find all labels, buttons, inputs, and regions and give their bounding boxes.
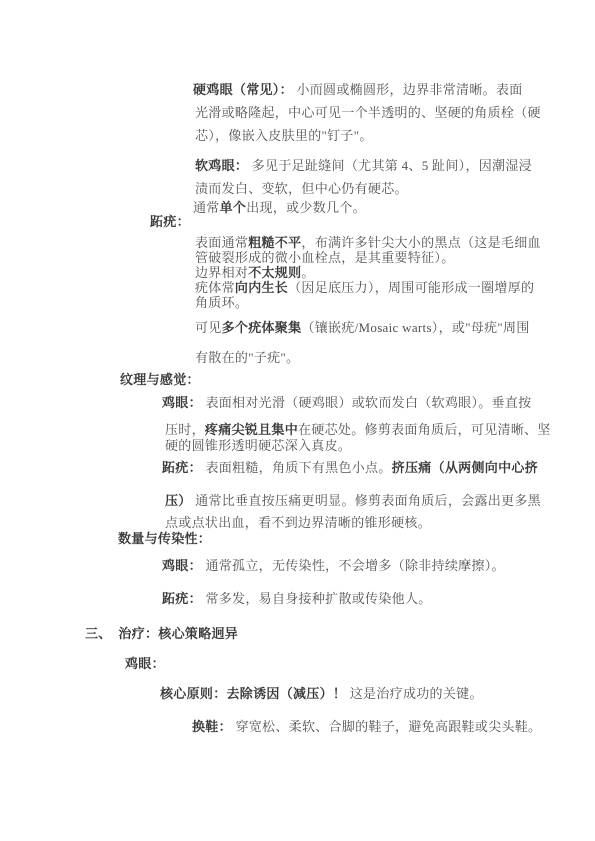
text-run: 表面相对光滑（硬鸡眼）或软而发白（软鸡眼）。垂直按 xyxy=(202,395,532,410)
text-run: 渍而发白、变软，但中心仍有硬芯。 xyxy=(195,181,408,196)
bold-text-run: 挤压痛（从两侧向中心挤 xyxy=(392,460,538,475)
text-line: 芯），像嵌入皮肤里的"钉子"。 xyxy=(195,127,373,144)
text-line: 鸡眼： 表面相对光滑（硬鸡眼）或软而发白（软鸡眼）。垂直按 xyxy=(162,394,531,411)
text-run: 管破裂形成的微小血栓点，是其重要特征）。 xyxy=(195,250,455,265)
bold-text-run: 换鞋： xyxy=(192,719,232,734)
text-run: 穿宽松、柔软、合脚的鞋子，避免高跟鞋或尖头鞋。 xyxy=(232,719,541,734)
text-run: 通常 xyxy=(193,200,220,215)
bold-text-run: 硬鸡眼（常见）： xyxy=(193,82,293,97)
text-line: 通常单个出现，或少数几个。 xyxy=(193,199,366,216)
bold-text-run: 跖疣： xyxy=(162,591,202,606)
text-line: 有散在的"子疣"。 xyxy=(195,349,299,366)
text-run: 可见 xyxy=(195,320,222,335)
text-run: 硬的圆锥形透明硬芯深入真皮。 xyxy=(165,438,351,453)
bold-text-run: 三、 治疗：核心策略迥异 xyxy=(85,626,238,641)
text-run: 有散在的"子疣"。 xyxy=(195,350,299,365)
text-run: ，布满许多针尖大小的黑点（这是毛细血 xyxy=(301,235,540,250)
bold-text-run: 多个疣体聚集 xyxy=(222,320,302,335)
bold-text-run: 粗糙不平 xyxy=(248,235,301,250)
text-run: 压时， xyxy=(165,422,205,437)
text-run: 表面通常 xyxy=(195,235,248,250)
text-run: 这是治疗成功的关键。 xyxy=(346,686,483,701)
text-run: 在硬芯处。修剪表面角质后，可见清晰、坚 xyxy=(298,422,551,437)
text-line: 压时，疼痛尖锐且集中在硬芯处。修剪表面角质后，可见清晰、坚 xyxy=(165,421,551,438)
bold-text-run: 软鸡眼： xyxy=(195,158,248,173)
text-line: 角质环。 xyxy=(195,294,248,311)
bold-text-run: 鸡眼： xyxy=(125,656,165,671)
bold-text-run: 压） xyxy=(165,493,192,508)
text-line: 点或点状出血，看不到边界清晰的锥形硬核。 xyxy=(165,514,431,531)
text-line: 换鞋： 穿宽松、柔软、合脚的鞋子，避免高跟鞋或尖头鞋。 xyxy=(192,718,541,735)
bold-text-run: 核心原则：去除诱因（减压）！ xyxy=(160,686,346,701)
document-page: 硬鸡眼（常见）： 小而圆或椭圆形，边界非常清晰。表面光滑或略隆起，中心可见一个半… xyxy=(0,0,595,841)
bold-text-run: 单个 xyxy=(220,200,247,215)
bold-text-run: 跖疣： xyxy=(162,460,202,475)
text-line: 纹理与感觉： xyxy=(120,371,200,388)
text-run: （因足底压力），周围可能形成一圈增厚的 xyxy=(288,280,534,295)
text-run: （镶嵌疣/Mosaic warts），或"母疣"周围 xyxy=(301,320,529,335)
text-run: 出现，或少数几个。 xyxy=(246,200,366,215)
text-run: 通常孤立，无传染性，不会增多（除非持续摩擦）。 xyxy=(202,558,505,573)
bold-text-run: 鸡眼： xyxy=(162,395,202,410)
text-line: 鸡眼： 通常孤立，无传染性，不会增多（除非持续摩擦）。 xyxy=(162,557,505,574)
text-line: 压） 通常比垂直按压痛更明显。修剪表面角质后，会露出更多黑 xyxy=(165,492,541,509)
bold-text-run: 不太规则 xyxy=(248,265,301,280)
text-line: 渍而发白、变软，但中心仍有硬芯。 xyxy=(195,180,408,197)
bold-text-run: 纹理与感觉： xyxy=(120,372,200,387)
text-line: 光滑或略隆起，中心可见一个半透明的、坚硬的角质栓（硬 xyxy=(195,104,541,121)
text-run: 芯），像嵌入皮肤里的"钉子"。 xyxy=(195,128,373,143)
text-line: 跖疣： xyxy=(150,213,190,230)
bold-text-run: 向内生长 xyxy=(235,280,288,295)
bold-text-run: 疼痛尖锐且集中 xyxy=(205,422,298,437)
text-run: 边界相对 xyxy=(195,265,248,280)
text-run: 小而圆或椭圆形，边界非常清晰。表面 xyxy=(293,82,523,97)
text-run: 多见于足趾缝间（尤其第 4、5 趾间），因潮湿浸 xyxy=(248,158,532,173)
text-line: 硬鸡眼（常见）： 小而圆或椭圆形，边界非常清晰。表面 xyxy=(193,81,523,98)
text-run: 常多发，易自身接种扩散或传染他人。 xyxy=(202,591,432,606)
text-line: 三、 治疗：核心策略迥异 xyxy=(85,625,238,642)
bold-text-run: 跖疣： xyxy=(150,214,190,229)
bold-text-run: 鸡眼： xyxy=(162,558,202,573)
text-run: 光滑或略隆起，中心可见一个半透明的、坚硬的角质栓（硬 xyxy=(195,105,541,120)
text-run: 疣体常 xyxy=(195,280,235,295)
text-line: 鸡眼： xyxy=(125,655,165,672)
text-line: 跖疣： 表面粗糙，角质下有黑色小点。挤压痛（从两侧向中心挤 xyxy=(162,459,538,476)
text-run: 点或点状出血，看不到边界清晰的锥形硬核。 xyxy=(165,515,431,530)
text-run: 角质环。 xyxy=(195,295,248,310)
text-line: 可见多个疣体聚集（镶嵌疣/Mosaic warts），或"母疣"周围 xyxy=(195,319,530,336)
bold-text-run: 数量与传染性： xyxy=(118,531,211,546)
text-line: 核心原则：去除诱因（减压）！ 这是治疗成功的关键。 xyxy=(160,685,483,702)
text-line: 数量与传染性： xyxy=(118,530,211,547)
text-run: 表面粗糙，角质下有黑色小点。 xyxy=(202,460,392,475)
text-line: 软鸡眼： 多见于足趾缝间（尤其第 4、5 趾间），因潮湿浸 xyxy=(195,157,532,174)
text-run: 。 xyxy=(301,265,314,280)
text-run: 通常比垂直按压痛更明显。修剪表面角质后，会露出更多黑 xyxy=(192,493,541,508)
text-line: 跖疣： 常多发，易自身接种扩散或传染他人。 xyxy=(162,590,432,607)
text-line: 硬的圆锥形透明硬芯深入真皮。 xyxy=(165,437,351,454)
